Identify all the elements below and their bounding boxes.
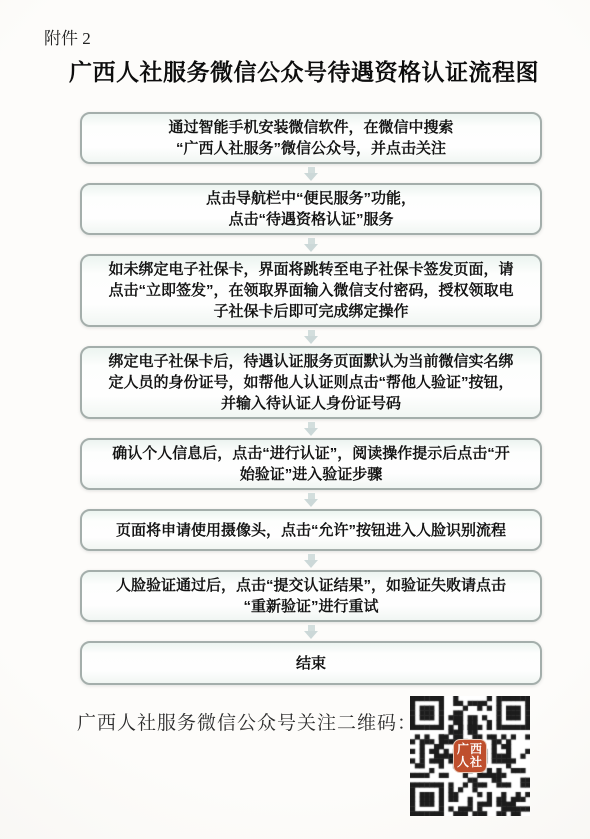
arrow-down-icon: [80, 622, 542, 641]
arrow-head: [304, 428, 318, 436]
qr-center-logo: 广西 人社: [453, 739, 487, 773]
arrow-head: [304, 560, 318, 568]
arrow-down-icon: [80, 490, 542, 509]
flow-step-6: 页面将申请使用摄像头，点击“允许”按钮进入人脸识别流程: [80, 509, 542, 551]
qr-caption: 广西人社服务微信公众号关注二维码：: [77, 708, 417, 735]
flow-step-3: 如未绑定电子社保卡，界面将跳转至电子社保卡签发页面，请 点击“立即签发”，在领取…: [80, 254, 542, 327]
arrow-down-icon: [80, 235, 542, 254]
flow-step-1: 通过智能手机安装微信软件，在微信中搜索 “广西人社服务”微信公众号，并点击关注: [80, 112, 542, 164]
arrow-head: [304, 631, 318, 639]
page-title: 广西人社服务微信公众号待遇资格认证流程图: [0, 54, 590, 87]
arrow-down-icon: [80, 327, 542, 346]
flow-step-end: 结束: [80, 641, 542, 685]
arrow-down-icon: [80, 551, 542, 570]
flowchart: 通过智能手机安装微信软件，在微信中搜索 “广西人社服务”微信公众号，并点击关注 …: [80, 112, 542, 685]
qr-logo-text-line2: 人社: [457, 756, 483, 769]
arrow-head: [304, 336, 318, 344]
arrow-head: [304, 499, 318, 507]
qr-code: 广西 人社: [410, 696, 530, 816]
flow-step-7: 人脸验证通过后，点击“提交认证结果”，如验证失败请点击 “重新验证”进行重试: [80, 570, 542, 622]
page-background: { "document": { "attachment_label": "附件 …: [0, 0, 590, 839]
arrow-down-icon: [80, 164, 542, 183]
arrow-down-icon: [80, 419, 542, 438]
flow-step-5: 确认个人信息后，点击“进行认证”，阅读操作提示后点击“开 始验证”进入验证步骤: [80, 438, 542, 490]
flow-step-4: 绑定电子社保卡后，待遇认证服务页面默认为当前微信实名绑 定人员的身份证号，如帮他…: [80, 346, 542, 419]
flow-step-2: 点击导航栏中“便民服务”功能， 点击“待遇资格认证”服务: [80, 183, 542, 235]
attachment-label: 附件 2: [44, 24, 91, 49]
arrow-head: [304, 173, 318, 181]
arrow-head: [304, 244, 318, 252]
